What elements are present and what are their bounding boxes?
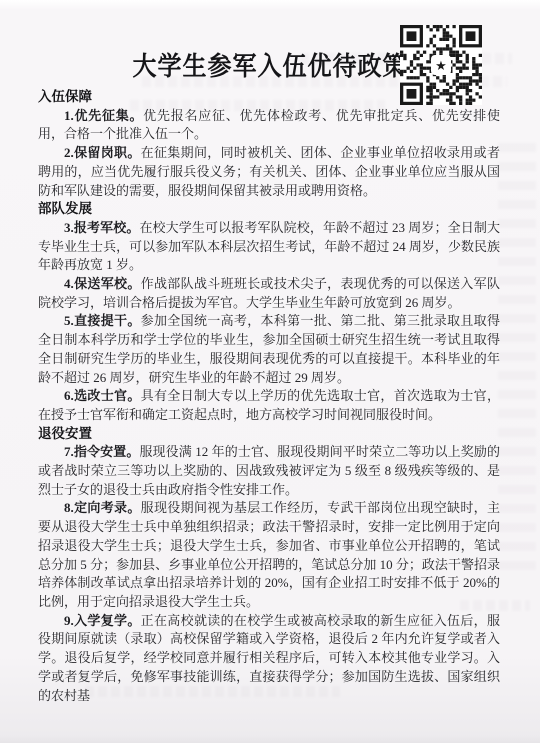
policy-section: 部队发展 3.报考军校。在校大学生可以报考军队院校，年龄不超过 23 周岁；全日… — [38, 200, 500, 424]
section-heading: 入伍保障 — [38, 88, 500, 107]
policy-item: 9.入学复学。正在高校就读的在校学生或被高校录取的新生应征入伍后，服役期间原就读… — [38, 612, 500, 706]
item-lead: 4.保送军校。 — [64, 276, 141, 291]
item-lead: 7.指令安置。 — [64, 444, 139, 459]
section-heading: 退役安置 — [38, 425, 500, 444]
item-lead: 8.定向考录。 — [64, 500, 141, 515]
item-lead: 1.优先征集。 — [64, 108, 143, 123]
item-lead: 6.选改士官。 — [64, 388, 141, 403]
item-lead: 2.保留岗职。 — [64, 145, 141, 160]
section-items: 3.报考军校。在校大学生可以报考军队院校，年龄不超过 23 周岁；全日制大专毕业… — [38, 219, 500, 425]
policy-item: 2.保留岗职。在征集期间，同时被机关、团体、企业事业单位招收录用或者聘用的，应当… — [38, 144, 500, 200]
policy-item: 6.选改士官。具有全日制大专以上学历的优先选取士官，首次选取为士官，在授予士官军… — [38, 387, 500, 424]
section-heading: 部队发展 — [38, 200, 500, 219]
policy-item: 5.直接提干。参加全国统一高考，本科第一批、第二批、第三批录取且取得全日制本科学… — [38, 312, 500, 387]
item-text: 服现役期间视为基层工作经历，专武干部岗位出现空缺时，主要从退役大学生士兵中单独组… — [38, 500, 500, 609]
item-lead: 9.入学复学。 — [64, 613, 141, 628]
policy-section: 入伍保障 1.优先征集。优先报名应征、优先体检政考、优先审批定兵、优先安排使用，… — [38, 88, 500, 200]
policy-item: 4.保送军校。作战部队战斗班班长或技术尖子，表现优秀的可以保送入军队院校学习，培… — [38, 275, 500, 312]
bleed-column — [498, 140, 536, 570]
policy-item: 3.报考军校。在校大学生可以报考军队院校，年龄不超过 23 周岁；全日制大专毕业… — [38, 219, 500, 275]
scanned-document-page: 大学生参军入伍优待政策 ★ 入伍保障 1.优先征集。优先报名应征、优先体检政考、… — [0, 0, 540, 743]
policy-section: 退役安置 7.指令安置。服现役满 12 年的士官、服现役期间平时荣立二等功以上奖… — [38, 425, 500, 706]
document-body: 入伍保障 1.优先征集。优先报名应征、优先体检政考、优先审批定兵、优先安排使用，… — [38, 88, 500, 705]
star-icon: ★ — [431, 55, 451, 75]
section-items: 7.指令安置。服现役满 12 年的士官、服现役期间平时荣立二等功以上奖励的或者战… — [38, 443, 500, 705]
item-lead: 3.报考军校。 — [64, 220, 139, 235]
policy-item: 1.优先征集。优先报名应征、优先体检政考、优先审批定兵、优先安排使用，合格一个批… — [38, 107, 500, 144]
section-items: 1.优先征集。优先报名应征、优先体检政考、优先审批定兵、优先安排使用，合格一个批… — [38, 107, 500, 201]
item-lead: 5.直接提干。 — [64, 313, 141, 328]
policy-item: 7.指令安置。服现役满 12 年的士官、服现役期间平时荣立二等功以上奖励的或者战… — [38, 443, 500, 499]
policy-item: 8.定向考录。服现役期间视为基层工作经历，专武干部岗位出现空缺时，主要从退役大学… — [38, 499, 500, 611]
